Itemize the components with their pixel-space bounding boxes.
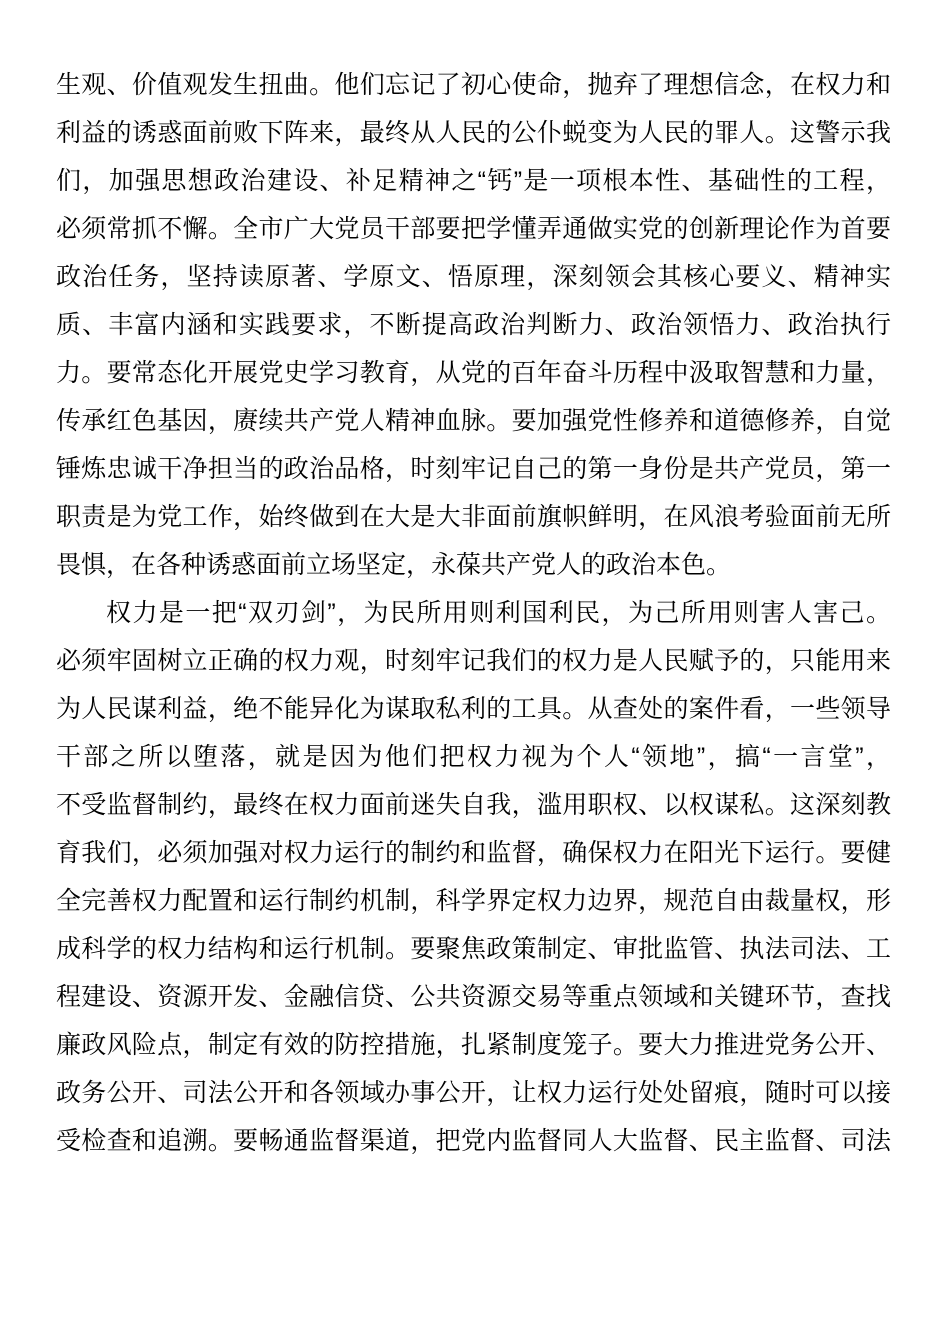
text-line: 质、丰富内涵和实践要求，不断提高政治判断力、政治领悟力、政治执行 [56, 301, 891, 349]
document-body: 生观、价值观发生扭曲。他们忘记了初心使命，抛弃了理想信念，在权力和利益的诱惑面前… [0, 0, 950, 1165]
text-line: 为人民谋利益，绝不能异化为谋取私利的工具。从查处的案件看，一些领导 [56, 685, 891, 733]
text-line: 们，加强思想政治建设、补足精神之“钙”是一项根本性、基础性的工程， [56, 157, 891, 205]
text-line: 政治任务，坚持读原著、学原文、悟原理，深刻领会其核心要义、精神实 [56, 253, 891, 301]
text-line: 必须常抓不懈。全市广大党员干部要把学懂弄通做实党的创新理论作为首要 [56, 205, 891, 253]
text-line: 政务公开、司法公开和各领域办事公开，让权力运行处处留痕，随时可以接 [56, 1069, 891, 1117]
text-line: 程建设、资源开发、金融信贷、公共资源交易等重点领域和关键环节，查找 [56, 973, 891, 1021]
text-line: 受检查和追溯。要畅通监督渠道，把党内监督同人大监督、民主监督、司法 [56, 1117, 891, 1165]
text-line: 力。要常态化开展党史学习教育，从党的百年奋斗历程中汲取智慧和力量， [56, 349, 891, 397]
text-line: 育我们，必须加强对权力运行的制约和监督，确保权力在阳光下运行。要健 [56, 829, 891, 877]
paragraph: 权力是一把“双刃剑”，为民所用则利国利民，为己所用则害人害己。必须牢固树立正确的… [56, 589, 891, 1165]
text-line: 权力是一把“双刃剑”，为民所用则利国利民，为己所用则害人害己。 [56, 589, 891, 637]
text-line: 全完善权力配置和运行制约机制，科学界定权力边界，规范自由裁量权，形 [56, 877, 891, 925]
text-line: 干部之所以堕落，就是因为他们把权力视为个人“领地”，搞“一言堂”， [56, 733, 891, 781]
text-line: 利益的诱惑面前败下阵来，最终从人民的公仆蜕变为人民的罪人。这警示我 [56, 109, 891, 157]
text-line: 生观、价值观发生扭曲。他们忘记了初心使命，抛弃了理想信念，在权力和 [56, 61, 891, 109]
text-line: 必须牢固树立正确的权力观，时刻牢记我们的权力是人民赋予的，只能用来 [56, 637, 891, 685]
text-line: 畏惧，在各种诱惑面前立场坚定，永葆共产党人的政治本色。 [56, 541, 891, 589]
document-page: 生观、价值观发生扭曲。他们忘记了初心使命，抛弃了理想信念，在权力和利益的诱惑面前… [0, 0, 950, 1344]
paragraph: 生观、价值观发生扭曲。他们忘记了初心使命，抛弃了理想信念，在权力和利益的诱惑面前… [56, 61, 891, 589]
text-line: 职责是为党工作，始终做到在大是大非面前旗帜鲜明，在风浪考验面前无所 [56, 493, 891, 541]
text-line: 廉政风险点，制定有效的防控措施，扎紧制度笼子。要大力推进党务公开、 [56, 1021, 891, 1069]
text-line: 不受监督制约，最终在权力面前迷失自我，滥用职权、以权谋私。这深刻教 [56, 781, 891, 829]
text-line: 成科学的权力结构和运行机制。要聚焦政策制定、审批监管、执法司法、工 [56, 925, 891, 973]
text-line: 锤炼忠诚干净担当的政治品格，时刻牢记自己的第一身份是共产党员，第一 [56, 445, 891, 493]
text-line: 传承红色基因，赓续共产党人精神血脉。要加强党性修养和道德修养，自觉 [56, 397, 891, 445]
